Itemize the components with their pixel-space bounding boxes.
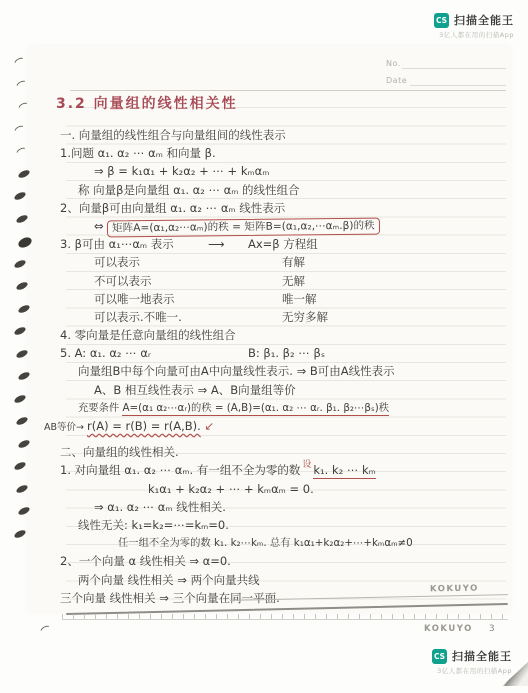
note-text: 4. 零向量是任意向量组的线性组合 — [60, 328, 236, 342]
note-text: 不可以表示 — [94, 274, 152, 288]
note-text: 任一组不全为零的数 k₁. k₂⋯kₘ. 总有 k₁α₁+k₂α₂+⋯+kₘαₘ… — [118, 537, 413, 549]
camscanner-tagline: 3亿人都在用的扫描App — [432, 666, 512, 675]
note-text: 线性无关: k₁=k₂=⋯=kₘ=0. — [78, 518, 229, 532]
note-line: 一. 向量组的线性组合与向量组间的线性表示 — [60, 126, 508, 144]
binder-ring — [17, 168, 30, 179]
note-text: 5. A: α₁. α₂ ⋯ αᵣ — [60, 346, 151, 360]
camscanner-watermark-bottom: CS 扫描全能王 3亿人都在用的扫描App — [432, 648, 512, 675]
binder-ring — [14, 146, 31, 162]
note-text: 两个向量 线性相关 ⇒ 两个向量共线 — [78, 573, 260, 587]
binder-ring — [15, 213, 28, 224]
camscanner-watermark-top: CS 扫描全能王 3亿人都在用的扫描App — [434, 12, 514, 39]
binder-ring — [15, 416, 28, 427]
note-line: 4. 零向量是任意向量组的线性组合 — [60, 326, 508, 344]
note-text: 有解 — [282, 253, 305, 271]
note-text: AB等价→ — [44, 422, 87, 433]
note-text: A=(α₁ α₂⋯αᵣ)的秩 = (A,B)=(α₁. α₂ ⋯ αᵣ. β₁.… — [122, 402, 389, 416]
note-line: 5. A: α₁. α₂ ⋯ αᵣB: β₁. β₂ ⋯ βₛ — [60, 344, 508, 362]
kokuyo-logo-top: KOKUYO — [430, 584, 479, 595]
note-text: 唯一解 — [282, 290, 317, 308]
binder-ring — [13, 258, 26, 269]
note-text: Ax=β 方程组 — [248, 235, 318, 253]
camscanner-name: 扫描全能王 — [452, 648, 512, 664]
binder-ring — [17, 303, 30, 314]
note-line: AB等价→ r(A) = r(B) = r(A,B). ↙ — [44, 417, 508, 435]
note-text: ⇒ α₁. α₂ ⋯ αₘ 线性相关. — [94, 500, 226, 514]
note-line: 1.问题 α₁. α₂ ⋯ αₘ 和向量 β. — [60, 144, 508, 162]
kokuyo-logo-bottom: KOKUYO3 — [424, 624, 495, 634]
note-text: 无解 — [282, 272, 305, 290]
scanned-notebook-page: No. Date 3.2 向量组的线性相关性 一. 向量组的线性组合与向量组间的… — [0, 0, 528, 693]
note-text: ⇒ β = k₁α₁ + k₂α₂ + ⋯ + kₘαₘ — [94, 164, 269, 178]
binder-ring — [17, 235, 34, 249]
note-text: 3. β可由 α₁⋯αₘ 表示 — [60, 237, 174, 251]
note-text: ⇔ — [94, 219, 107, 233]
note-text: 二、向量组的线性相关. — [60, 445, 179, 459]
note-text: ⟶ — [208, 235, 225, 253]
note-text: 可以表示.不唯一. — [94, 310, 182, 324]
note-line: A、B 相互线性表示 ⇒ A、B向量组等价 — [94, 381, 508, 399]
no-line — [402, 68, 506, 69]
binder-ring — [13, 461, 26, 472]
note-text: 1.问题 α₁. α₂ ⋯ αₘ 和向量 β. — [60, 146, 216, 160]
note-text: 2、一个向量 α 线性相关 ⇒ α=0. — [60, 554, 231, 568]
camscanner-name: 扫描全能王 — [454, 12, 514, 28]
note-text: ↙ — [201, 419, 214, 433]
note-text: r(A) = r(B) = r(A,B). — [87, 419, 201, 433]
note-lines: 一. 向量组的线性组合与向量组间的线性表示1.问题 α₁. α₂ ⋯ αₘ 和向… — [60, 126, 508, 607]
note-text: 2、向量β可由向量组 α₁. α₂ ⋯ αₘ 线性表示 — [60, 201, 285, 215]
camscanner-icon: CS — [432, 649, 447, 664]
binder-ring — [17, 506, 30, 517]
page-number: 3 — [489, 624, 495, 634]
note-text: 可以唯一地表示 — [94, 292, 175, 306]
binder-ring — [13, 528, 26, 539]
note-text: 1. 对向量组 α₁. α₂ ⋯ αₘ. 有一组不全为零的数 — [60, 463, 300, 477]
binder-ring — [14, 78, 31, 94]
note-line: 可以表示有解 — [94, 253, 508, 271]
note-line: ⇔ 矩阵A=(α₁,α₂⋯αₘ)的秩 = 矩阵B=(α₁,α₂,⋯αₘ.β)的秩 — [94, 217, 508, 235]
binder-ring — [12, 123, 29, 139]
kokuyo-text: KOKUYO — [424, 624, 473, 634]
camscanner-icon: CS — [434, 13, 449, 28]
binder-ring — [12, 56, 29, 72]
note-line: 3. β可由 α₁⋯αₘ 表示⟶Ax=β 方程组 — [60, 235, 508, 253]
note-line: 称 向量β是向量组 α₁. α₂ ⋯ αₘ 的线性组合 — [78, 181, 508, 199]
binder-ring — [13, 191, 26, 202]
note-text: 一. 向量组的线性组合与向量组间的线性表示 — [60, 128, 286, 142]
note-line: 2、一个向量 α 线性相关 ⇒ α=0. — [60, 552, 508, 570]
note-line: ⇒ β = k₁α₁ + k₂α₂ + ⋯ + kₘαₘ — [94, 162, 508, 180]
note-line: 向量组B中每个向量可由A中向量线性表示. ⇒ B可由A线性表示 — [78, 362, 508, 380]
binder-ring — [13, 326, 26, 337]
note-line: 可以唯一地表示唯一解 — [94, 290, 508, 308]
note-line: 线性无关: k₁=k₂=⋯=kₘ=0. — [78, 516, 508, 534]
note-line: 任一组不全为零的数 k₁. k₂⋯kₘ. 总有 k₁α₁+k₂α₂+⋯+kₘαₘ… — [118, 534, 508, 552]
note-text: k₁. k₂ ⋯ kₘ — [313, 463, 376, 479]
note-line: 1. 对向量组 α₁. α₂ ⋯ αₘ. 有一组不全为零的数设k₁. k₂ ⋯ … — [60, 461, 508, 479]
note-text: 充要条件 — [78, 402, 122, 414]
note-line: 二、向量组的线性相关. — [60, 443, 508, 461]
note-line: 充要条件 A=(α₁ α₂⋯αᵣ)的秩 = (A,B)=(α₁. α₂ ⋯ αᵣ… — [78, 399, 508, 417]
note-line: 不可以表示无解 — [94, 272, 508, 290]
camscanner-tagline: 3亿人都在用的扫描App — [434, 30, 514, 39]
next-page-line — [62, 619, 508, 620]
date-line — [410, 85, 506, 86]
date-label: Date — [386, 76, 407, 85]
note-text: 三个向量 线性相关 ⇒ 三个向量在同一平面. — [60, 591, 280, 605]
binder-ring — [15, 483, 28, 494]
note-text: 称 向量β是向量组 α₁. α₂ ⋯ αₘ 的线性组合 — [78, 183, 300, 197]
note-text: 可以表示 — [94, 255, 140, 269]
note-line: 可以表示.不唯一.无穷多解 — [94, 308, 508, 326]
note-line: 2、向量β可由向量组 α₁. α₂ ⋯ αₘ 线性表示 — [60, 199, 508, 217]
binder-ring — [38, 624, 55, 640]
note-text: k₁α₁ + k₂α₂ + ⋯ + kₘαₘ = 0. — [148, 482, 314, 496]
binder-ring — [15, 348, 28, 359]
note-text: 无穷多解 — [282, 308, 328, 326]
note-line: k₁α₁ + k₂α₂ + ⋯ + kₘαₘ = 0. — [148, 480, 508, 498]
binder-ring — [16, 101, 33, 117]
note-text: 设 — [302, 460, 311, 470]
binder-ring — [17, 438, 30, 449]
binder-ring — [13, 393, 26, 404]
binder-ring — [15, 281, 28, 292]
note-text: A、B 相互线性表示 ⇒ A、B向量组等价 — [94, 383, 296, 397]
note-text: 向量组B中每个向量可由A中向量线性表示. ⇒ B可由A线性表示 — [78, 364, 395, 378]
binder-ring — [17, 371, 30, 382]
spiral-binding — [6, 10, 36, 570]
note-line: ⇒ α₁. α₂ ⋯ αₘ 线性相关. — [94, 498, 508, 516]
header-rule-line — [70, 90, 506, 91]
note-text: B: β₁. β₂ ⋯ βₛ — [248, 344, 325, 362]
no-label: No. — [386, 59, 401, 68]
page-title: 3.2 向量组的线性相关性 — [56, 93, 238, 113]
